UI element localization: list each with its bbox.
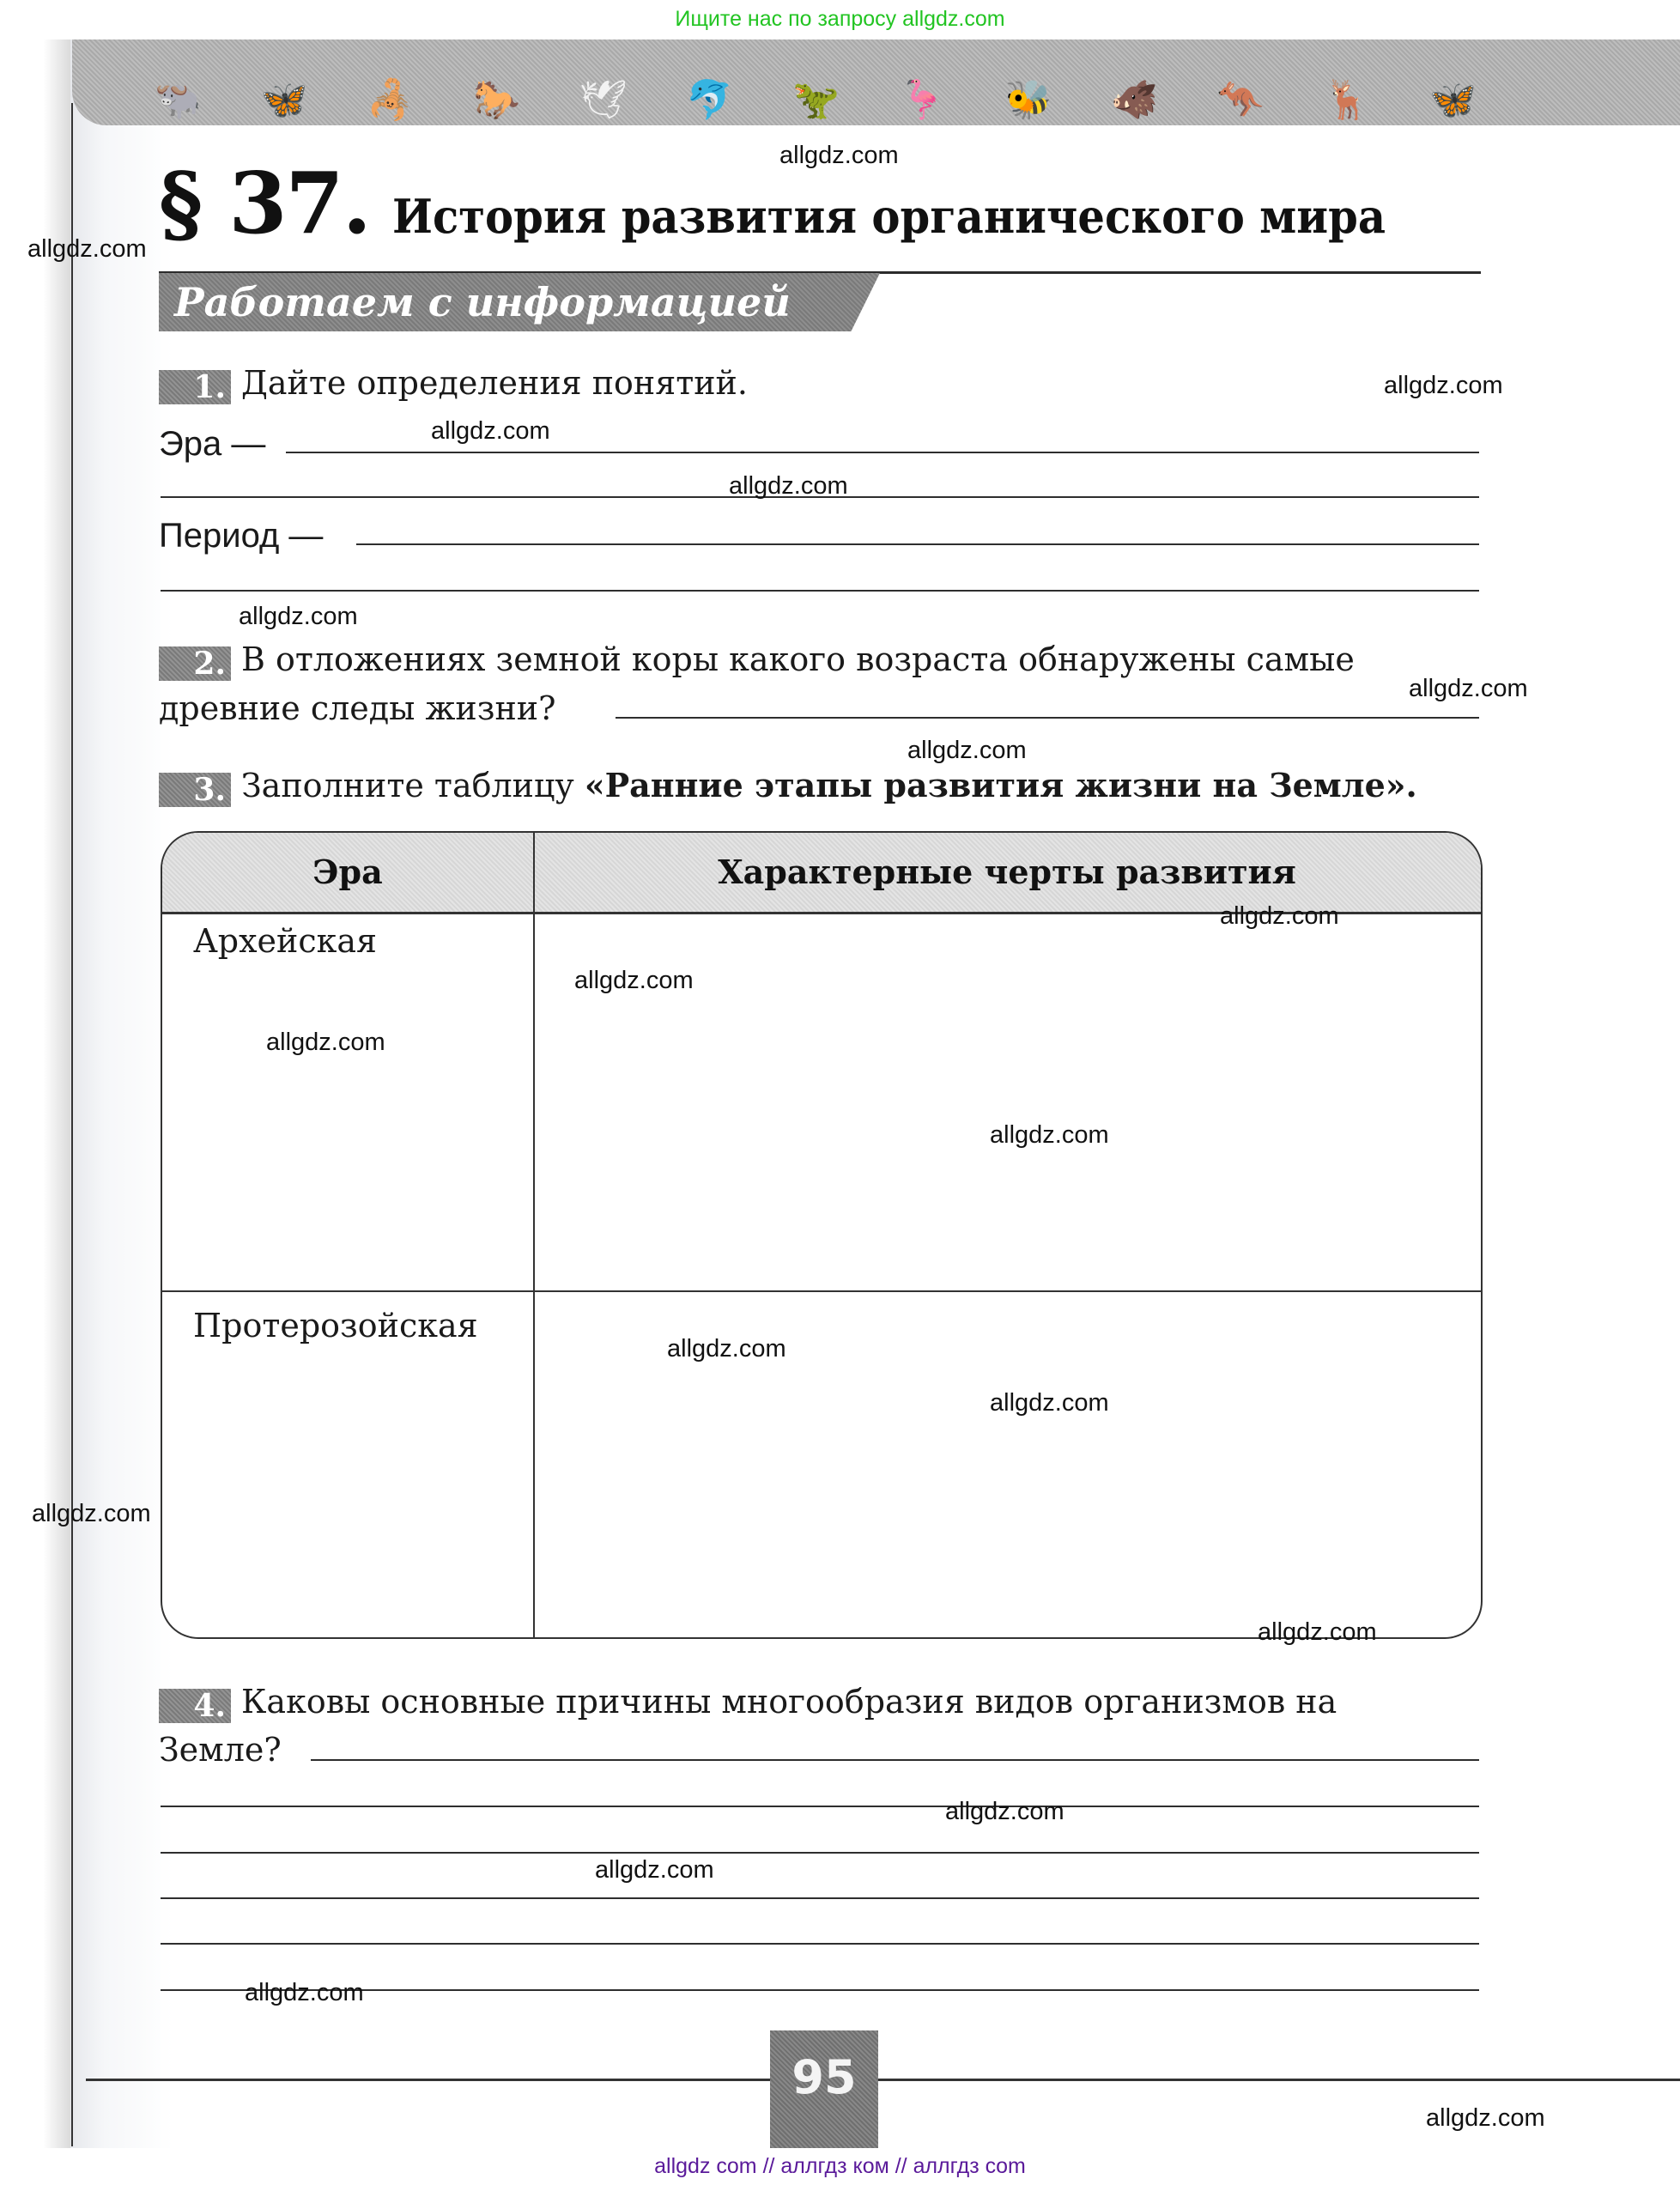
task-1: 1.Дайте определения понятий.: [159, 364, 748, 404]
paragraph-title: История развития органического мира: [392, 189, 1386, 244]
watermark: allgdz.com: [1258, 1618, 1377, 1647]
task-3: 3.Заполните таблицу «Ранние этапы развит…: [159, 766, 1417, 807]
insect-icon: 🐝: [1004, 79, 1052, 122]
term-era-label: Эра —: [159, 425, 265, 464]
watermark: allgdz.com: [32, 1500, 151, 1528]
kangaroo-icon: 🦘: [1217, 79, 1265, 122]
bison-icon: 🐃: [155, 79, 202, 122]
row-divider: [162, 1290, 1481, 1292]
watermark: allgdz.com: [239, 603, 358, 631]
answer-line-task-4-2[interactable]: [161, 1806, 1479, 1807]
task-number-badge: 3.: [159, 773, 231, 807]
task-4-prompt-line2: Земле?: [159, 1731, 282, 1769]
watermark: allgdz.com: [779, 142, 899, 170]
table-row-era-proterozoic: Протерозойская: [193, 1307, 478, 1344]
answer-line-task-4-3[interactable]: [161, 1852, 1479, 1854]
watermark: allgdz.com: [266, 1029, 385, 1057]
eras-table: Эра Характерные черты развития Архейская…: [161, 831, 1483, 1639]
task-3-prompt: Заполните таблицу: [241, 767, 585, 804]
watermark: allgdz.com: [1384, 372, 1503, 400]
watermark: allgdz.com: [1426, 2104, 1545, 2133]
task-2-prompt-line1: В отложениях земной коры какого возраста…: [241, 640, 1355, 678]
task-1-prompt: Дайте определения понятий.: [241, 364, 748, 402]
watermark: allgdz.com: [431, 417, 550, 446]
animal-silhouettes: 🐃 🦋 🦂 🐎 🕊 🐬 🦖 🦩 🐝 🐗 🦘 🦌 🦋: [155, 79, 1477, 122]
previous-page-edge: [0, 39, 72, 2148]
answer-line-era-1[interactable]: [286, 452, 1479, 453]
top-search-banner[interactable]: Ищите нас по запросу allgdz.com: [0, 0, 1680, 38]
task-number-badge: 1.: [159, 370, 231, 404]
dinosaur-icon: 🦖: [792, 79, 840, 122]
column-header-era: Эра: [162, 833, 533, 912]
watermark: allgdz.com: [990, 1121, 1109, 1150]
watermark: allgdz.com: [945, 1798, 1064, 1826]
table-row-era-archean: Архейская: [193, 922, 377, 960]
antelope-icon: 🦌: [1323, 79, 1370, 122]
watermark: allgdz.com: [245, 1979, 364, 2007]
answer-line-period-1[interactable]: [356, 543, 1479, 545]
watermark: allgdz.com: [1409, 675, 1528, 703]
butterfly-icon: 🦋: [261, 79, 308, 122]
section-banner: Работаем с информацией: [159, 273, 880, 331]
task-4-line2: Земле?: [159, 1731, 282, 1769]
answer-line-task-4-4[interactable]: [161, 1897, 1479, 1899]
section-banner-label: Работаем с информацией: [159, 273, 880, 331]
dolphin-icon: 🐬: [686, 79, 733, 122]
answer-line-period-2[interactable]: [161, 590, 1479, 592]
task-2-prompt-line2: древние следы жизни?: [159, 689, 556, 727]
page-number: 95: [770, 2030, 878, 2148]
term-period-label: Период —: [159, 517, 323, 555]
task-2: 2.В отложениях земной коры какого возрас…: [159, 640, 1355, 681]
answer-line-task-4-5[interactable]: [161, 1943, 1479, 1945]
answer-line-task-2[interactable]: [616, 717, 1479, 719]
boar-icon: 🐗: [1111, 79, 1158, 122]
task-2-line2: древние следы жизни?: [159, 689, 556, 727]
heron-icon: 🦩: [899, 79, 946, 122]
horse-icon: 🐎: [473, 79, 520, 122]
watermark: allgdz.com: [574, 967, 694, 995]
watermark: allgdz.com: [1220, 902, 1339, 931]
task-4: 4.Каковы основные причины многообразия в…: [159, 1683, 1337, 1723]
watermark: allgdz.com: [990, 1389, 1109, 1417]
column-divider: [533, 833, 535, 1637]
task-number-badge: 4.: [159, 1689, 231, 1723]
scorpion-icon: 🦂: [367, 79, 414, 122]
bird-icon: 🕊: [579, 79, 628, 122]
task-number-badge: 2.: [159, 646, 231, 681]
watermark: allgdz.com: [667, 1335, 786, 1363]
task-3-table-title: «Ранние этапы развития жизни на Земле».: [585, 766, 1417, 804]
watermark: allgdz.com: [595, 1856, 714, 1885]
bottom-site-banner[interactable]: allgdz com // аллгдз ком // аллгдз com: [0, 2148, 1680, 2185]
watermark: allgdz.com: [729, 472, 848, 501]
paragraph-number: § 37.: [159, 155, 370, 253]
footer-rule: [86, 2079, 1680, 2081]
task-4-prompt-line1: Каковы основные причины многообразия вид…: [241, 1683, 1337, 1721]
watermark: allgdz.com: [907, 737, 1027, 765]
watermark: allgdz.com: [27, 235, 147, 264]
answer-line-task-4-1[interactable]: [311, 1759, 1479, 1761]
book-spine: [71, 103, 73, 2146]
moth-icon: 🦋: [1429, 79, 1477, 122]
column-header-features: Характерные черты развития: [535, 833, 1479, 912]
